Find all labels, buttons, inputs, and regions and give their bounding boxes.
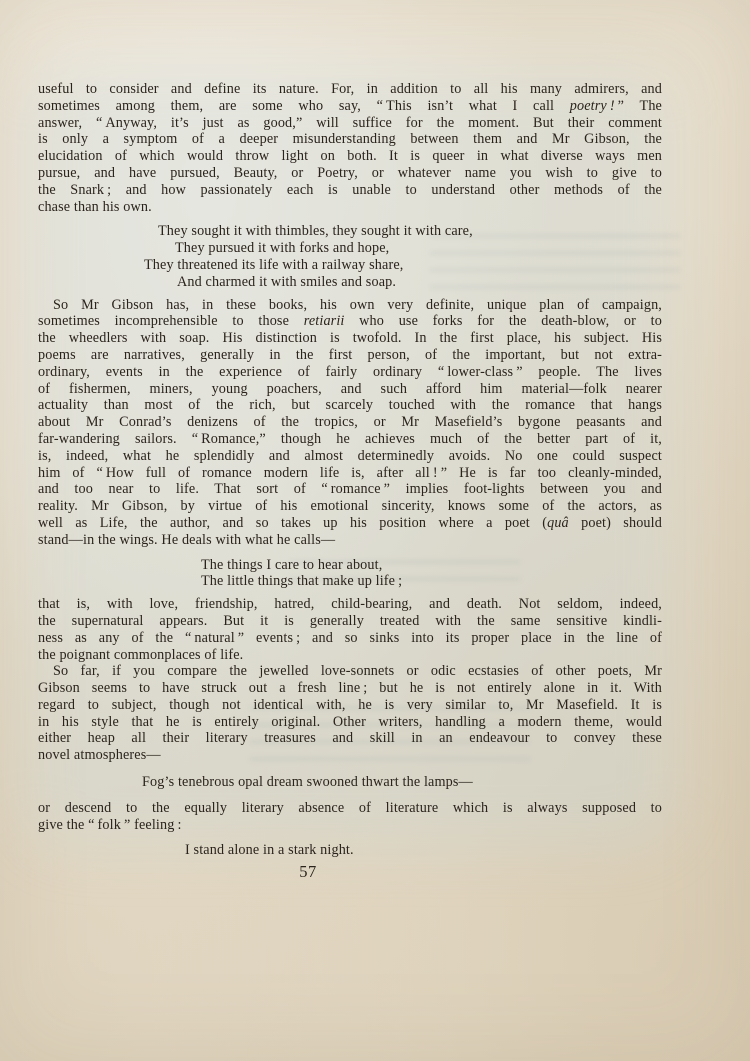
text-line: sometimes among them, are some who say, …: [38, 98, 662, 115]
text-line: ness as any of the “ natural ” events ; …: [38, 630, 662, 647]
verse-quote-things-i-care: The things I care to hear about,The litt…: [38, 557, 662, 591]
page-text-block: useful to consider and define its nature…: [38, 81, 662, 881]
text-line: I stand alone in a stark night.: [185, 842, 662, 859]
text-line: stand—in the wings. He deals with what h…: [38, 532, 662, 549]
text-line: They threatened its life with a railway …: [144, 257, 662, 274]
text-line: useful to consider and define its nature…: [38, 81, 662, 98]
text-line: and too near to life. That sort of “ rom…: [38, 481, 662, 498]
page-number: 57: [38, 864, 578, 881]
text-line: that is, with love, friendship, hatred, …: [38, 596, 662, 613]
text-line: They pursued it with forks and hope,: [144, 240, 662, 257]
text-line: give the “ folk ” feeling :: [38, 817, 662, 834]
text-line: answer, “ Anyway, it’s just as good,” wi…: [38, 115, 662, 132]
verse-quote-snark-hunting: They sought it with thimbles, they sough…: [38, 223, 662, 290]
text-line: well as Life, the author, and so takes u…: [38, 515, 662, 532]
verse-quote-fog-tenebrous: Fog’s tenebrous opal dream swooned thwar…: [38, 774, 662, 791]
text-line: is only a symptom of a deeper misunderst…: [38, 131, 662, 148]
text-line: chase than his own.: [38, 199, 662, 216]
text-line: the poignant commonplaces of life.: [38, 647, 662, 664]
paragraph-fresh-line-masefield: So far, if you compare the jewelled love…: [38, 663, 662, 764]
text-line: actuality than most of the rich, but sca…: [38, 397, 662, 414]
text-line: pursue, and have pursued, Beauty, or Poe…: [38, 165, 662, 182]
text-line: the Snark ; and how passionately each is…: [38, 182, 662, 199]
paragraph-folk-feeling: or descend to the equally literary absen…: [38, 800, 662, 834]
paragraph-poetry-misunderstanding: useful to consider and define its nature…: [38, 81, 662, 215]
text-line: him of “ How full of romance modern life…: [38, 465, 662, 482]
text-line: Fog’s tenebrous opal dream swooned thwar…: [142, 774, 662, 791]
text-line: in his style that he is entirely origina…: [38, 714, 662, 731]
paragraph-gibson-plan-of-campaign: So Mr Gibson has, in these books, his ow…: [38, 297, 662, 549]
text-line: is, indeed, what he splendidly and almos…: [38, 448, 662, 465]
text-line: The little things that make up life ;: [201, 573, 662, 590]
book-page-scan: useful to consider and define its nature…: [0, 0, 750, 1061]
text-line: They sought it with thimbles, they sough…: [144, 223, 662, 240]
text-line: sometimes incomprehensible to those reti…: [38, 313, 662, 330]
text-line: the wheedlers with soap. His distinction…: [38, 330, 662, 347]
paragraph-commonplaces-of-life: that is, with love, friendship, hatred, …: [38, 596, 662, 663]
text-line: So Mr Gibson has, in these books, his ow…: [38, 297, 662, 314]
text-line: elucidation of which would throw light o…: [38, 148, 662, 165]
text-line: poems are narratives, generally in the f…: [38, 347, 662, 364]
text-line: So far, if you compare the jewelled love…: [38, 663, 662, 680]
text-line: about Mr Conrad’s denizens of the tropic…: [38, 414, 662, 431]
text-line: the supernatural appears. But it is gene…: [38, 613, 662, 630]
text-line: regard to subject, though not identical …: [38, 697, 662, 714]
verse-quote-stark-night: I stand alone in a stark night.: [38, 842, 662, 859]
text-line: or descend to the equally literary absen…: [38, 800, 662, 817]
text-line: The things I care to hear about,: [201, 557, 662, 574]
text-line: reality. Mr Gibson, by virtue of his emo…: [38, 498, 662, 515]
text-line: Gibson seems to have struck out a fresh …: [38, 680, 662, 697]
text-line: either heap all their literary treasures…: [38, 730, 662, 747]
text-line: of fishermen, miners, young poachers, an…: [38, 381, 662, 398]
text-line: far-wandering sailors. “ Romance,” thoug…: [38, 431, 662, 448]
text-line: And charmed it with smiles and soap.: [144, 274, 662, 291]
text-line: novel atmospheres—: [38, 747, 662, 764]
text-line: ordinary, events in the experience of fa…: [38, 364, 662, 381]
